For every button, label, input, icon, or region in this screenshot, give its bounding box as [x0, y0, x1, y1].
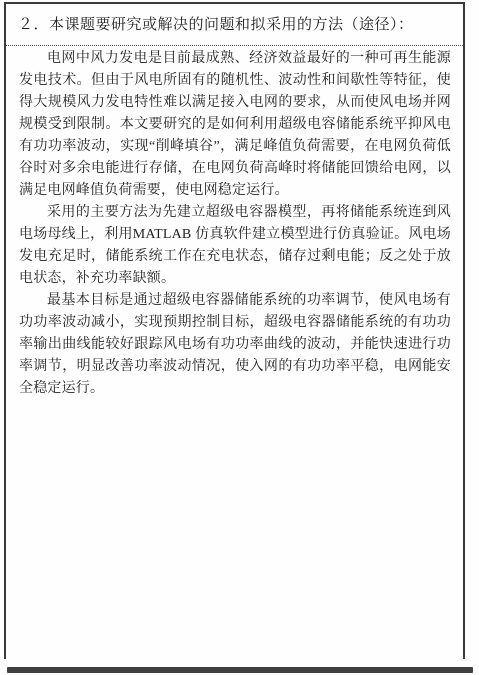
- section-box: ２．本课题要研究或解决的问题和拟采用的方法（途径）： 电网中风力发电是目前最成熟…: [4, 2, 465, 659]
- document-page: ２．本课题要研究或解决的问题和拟采用的方法（途径）： 电网中风力发电是目前最成熟…: [0, 0, 479, 675]
- page-bottom-edge: [7, 667, 473, 673]
- section-title: ２．本课题要研究或解决的问题和拟采用的方法（途径）：: [18, 17, 414, 33]
- paragraph-method: 采用的主要方法为先建立超级电容器模型，再将储能系统连到风电场母线上，利用MATL…: [19, 202, 451, 290]
- paragraph-goal: 最基本目标是通过超级电容器储能系统的功率调节，使风电场有功功率波动减小，实现预期…: [19, 290, 451, 400]
- paragraph-problem-statement: 电网中风力发电是目前最成熟、经济效益最好的一种可再生能源发电技术。但由于风电所固…: [19, 48, 451, 202]
- section-content: 电网中风力发电是目前最成熟、经济效益最好的一种可再生能源发电技术。但由于风电所固…: [6, 46, 463, 400]
- section-title-row: ２．本课题要研究或解决的问题和拟采用的方法（途径）：: [6, 4, 463, 46]
